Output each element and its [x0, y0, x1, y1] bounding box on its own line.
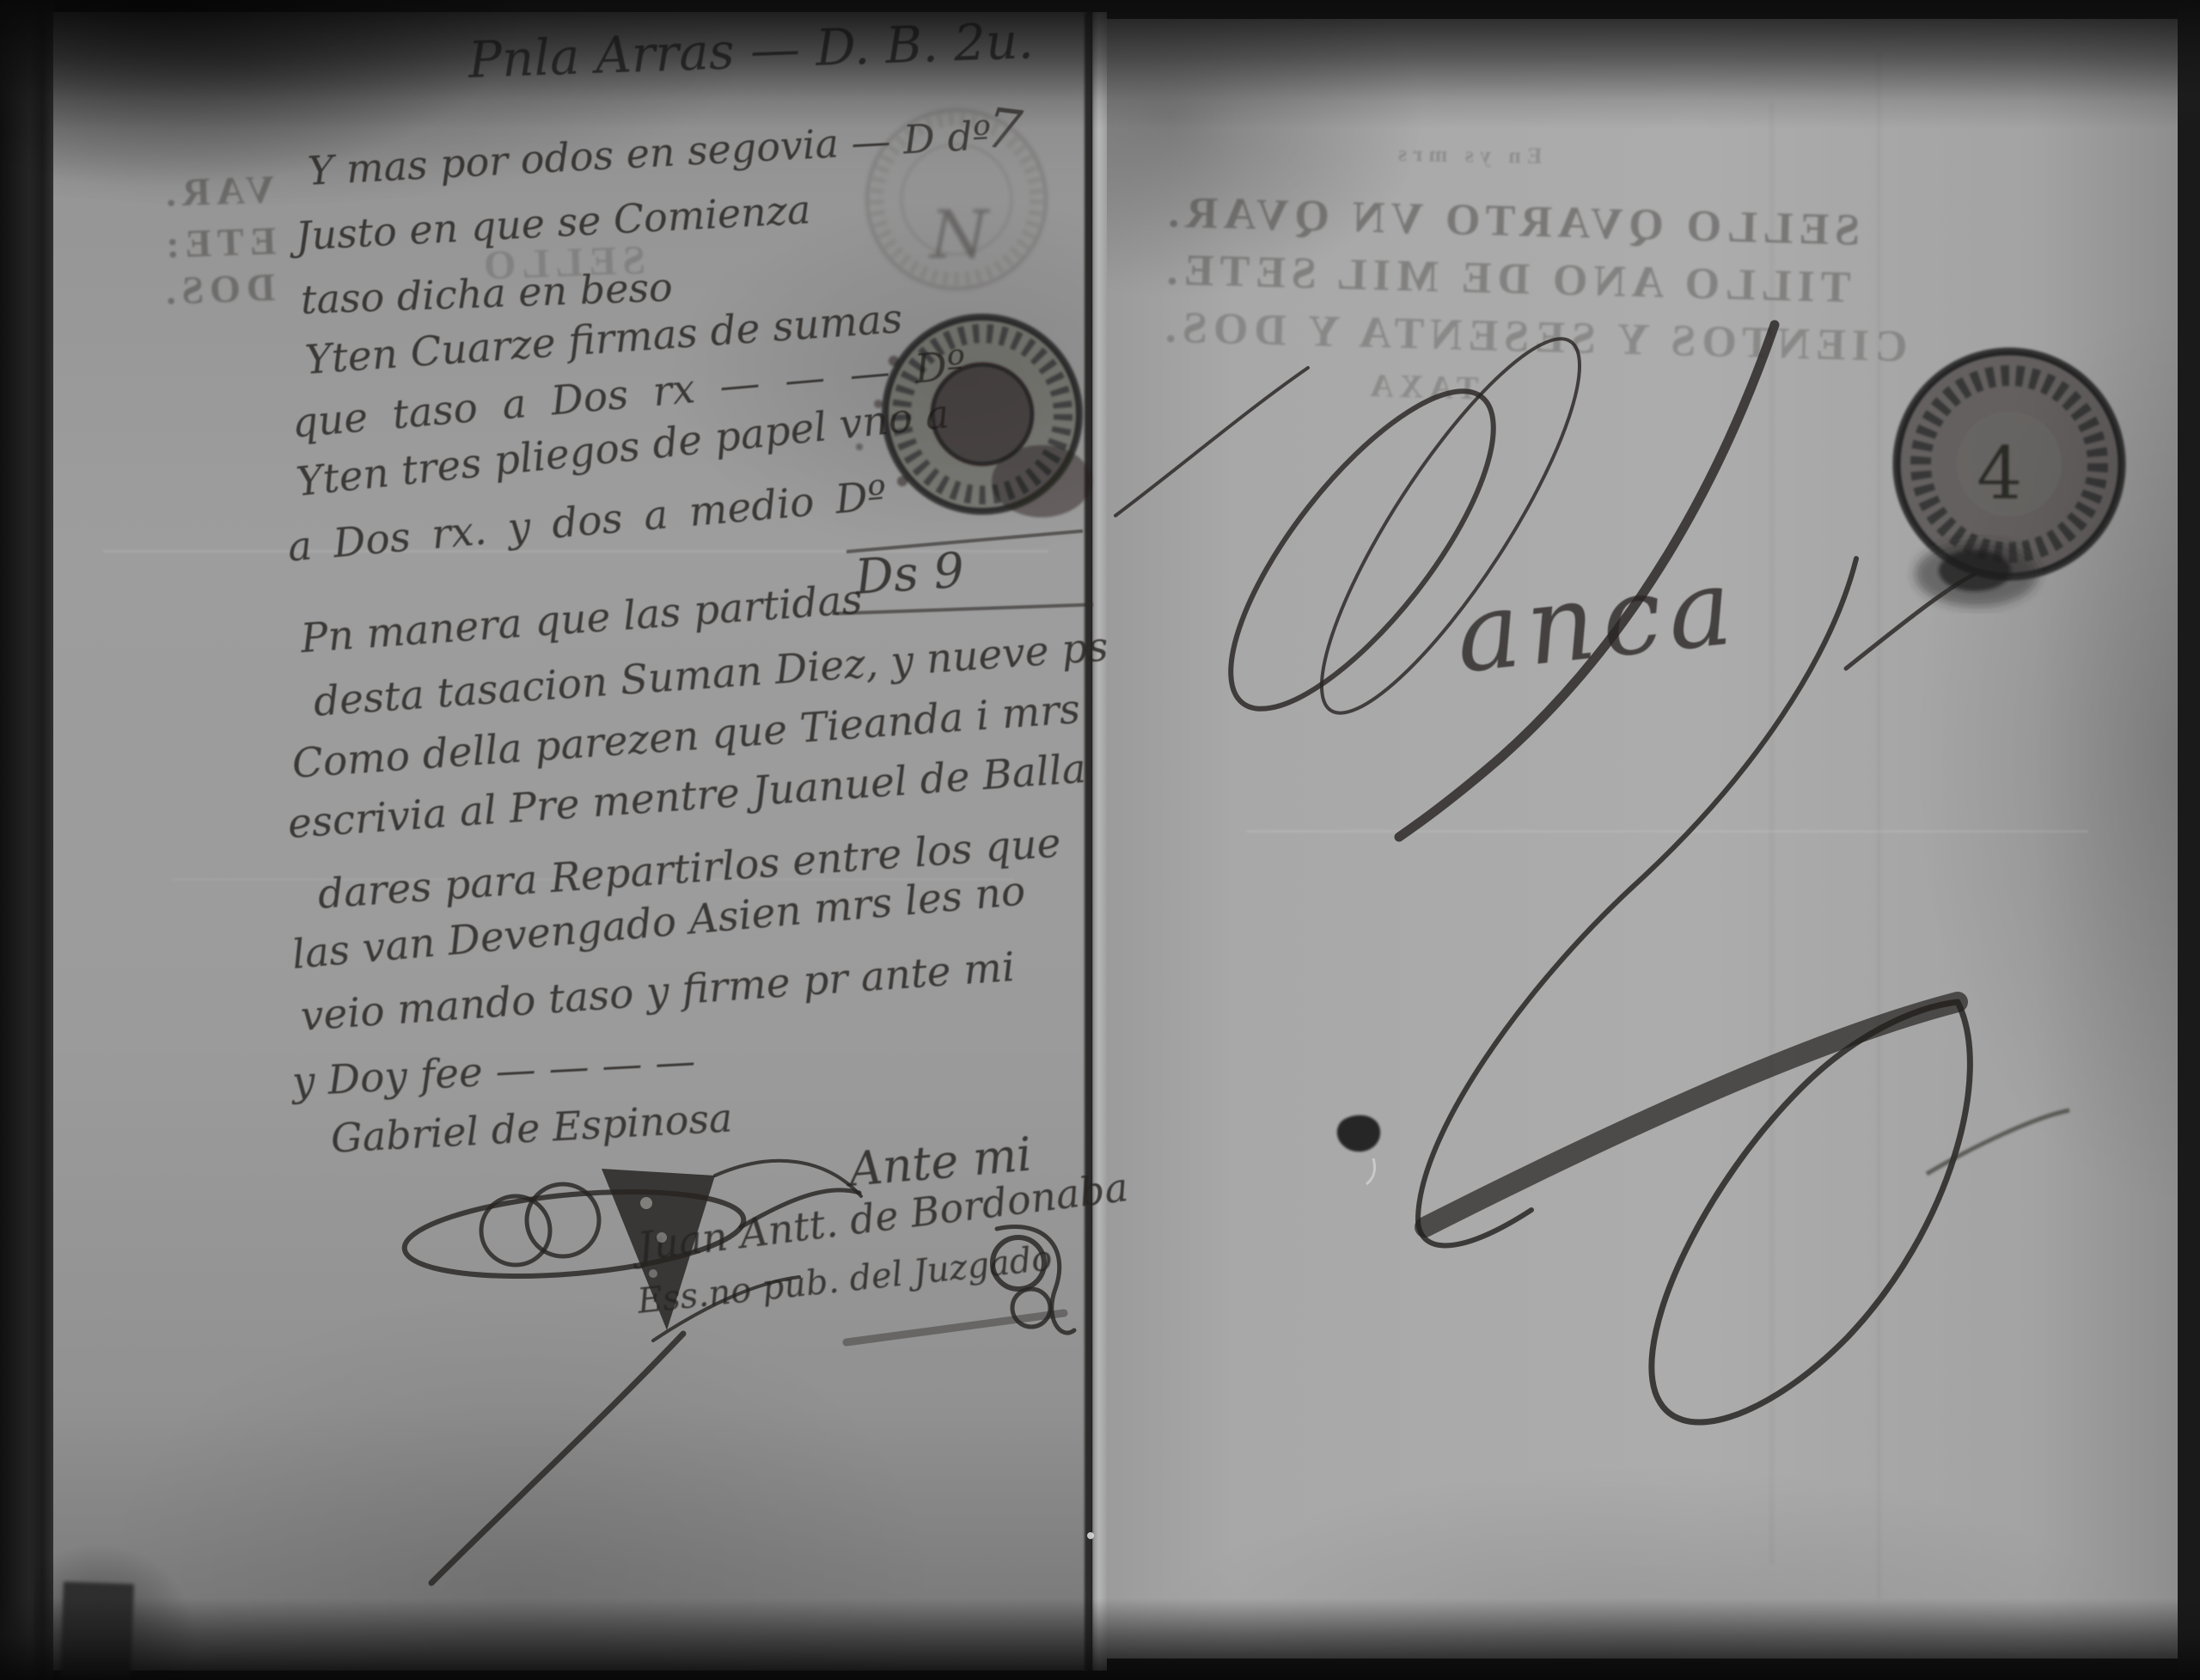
- top-left-shadow: [0, 0, 533, 189]
- bottom-shadow: [0, 1598, 2200, 1680]
- gutter-speck: [1087, 1532, 1094, 1539]
- blanca-initial: [1115, 310, 1975, 837]
- faded-stamp-letter: N: [928, 197, 991, 274]
- ink-seal-left: [856, 317, 1091, 517]
- blanca-flourish: [1418, 559, 1970, 1422]
- ink-blot-right-page: [1337, 1115, 1380, 1184]
- pen-slash-mark: [1927, 1110, 2069, 1174]
- ink-seal-numeral: 4: [1977, 431, 2022, 516]
- faded-stamp: N: [867, 110, 1046, 289]
- ink-overlay: N 4: [0, 0, 2200, 1680]
- ink-blot-blanca-tail: [1915, 541, 2038, 607]
- manuscript-scan: Pnla Arras — D. B. 2u. 7 VAR. ETE: DOS. …: [0, 0, 2200, 1680]
- ink-seal-right: 4: [1897, 351, 2122, 577]
- signature-rubric-secondary: [431, 1227, 1074, 1583]
